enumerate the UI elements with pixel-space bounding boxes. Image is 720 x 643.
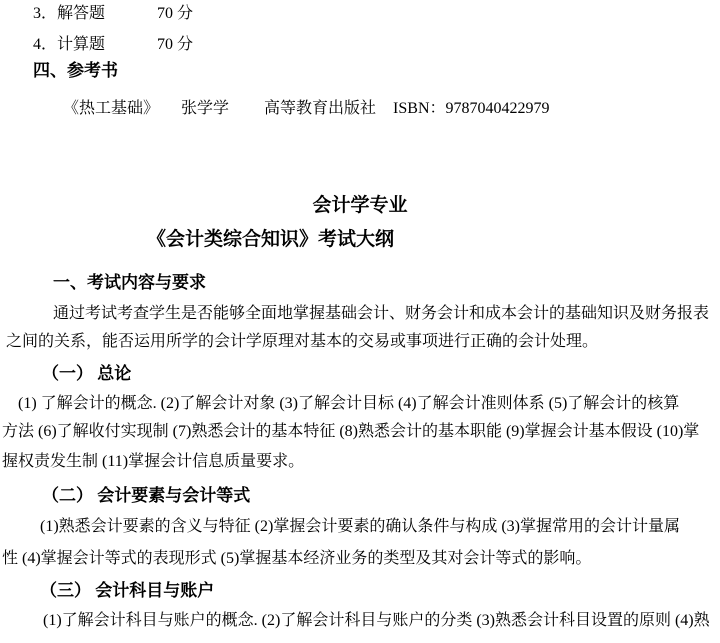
reference-entry: 《热工基础》 张学学 高等教育出版社 ISBN：9787040422979 xyxy=(63,99,550,118)
requirement-line: (1)了解会计科目与账户的概念. (2)了解会计科目与账户的分类 (3)熟悉会计… xyxy=(43,611,710,630)
section-heading-exam-content: 一、考试内容与要求 xyxy=(53,273,206,292)
requirement-line: 方法 (6)了解收付实现制 (7)熟悉会计的基本特征 (8)熟悉会计的基本职能 … xyxy=(2,422,699,441)
book-isbn: ISBN：9787040422979 xyxy=(393,99,549,118)
subsection-heading: （二） 会计要素与会计等式 xyxy=(42,486,250,505)
requirement-line: (1)熟悉会计要素的含义与特征 (2)掌握会计要素的确认条件与构成 (3)掌握常… xyxy=(40,517,680,536)
subsection-heading: （一） 总论 xyxy=(42,364,131,383)
document-page: 3．解答题 70 分 4．计算题 70 分 四、参考书 《热工基础》 张学学 高… xyxy=(0,0,720,643)
score-item-row: 4．计算题 70 分 xyxy=(33,35,193,54)
score-item-value: 70 分 xyxy=(157,4,193,23)
score-item-label: 4．计算题 xyxy=(33,35,157,54)
requirement-line: (1) 了解会计的概念. (2)了解会计对象 (3)了解会计目标 (4)了解会计… xyxy=(18,394,679,413)
score-item-value: 70 分 xyxy=(157,35,193,54)
requirement-line: 性 (4)掌握会计等式的表现形式 (5)掌握基本经济业务的类型及其对会计等式的影… xyxy=(2,549,591,568)
intro-paragraph-line: 之间的关系，能否运用所学的会计学原理对基本的交易或事项进行正确的会计处理。 xyxy=(6,332,598,351)
subsection-heading: （三） 会计科目与账户 xyxy=(40,581,214,600)
requirement-line: 握权责发生制 (11)掌握会计信息质量要求。 xyxy=(2,452,304,471)
book-title: 《热工基础》 xyxy=(63,99,159,118)
score-item-label: 3．解答题 xyxy=(33,4,157,23)
references-heading: 四、参考书 xyxy=(33,61,118,80)
major-title: 会计学专业 xyxy=(0,196,720,215)
exam-outline-title: 《会计类综合知识》考试大纲 xyxy=(147,230,394,249)
score-item-row: 3．解答题 70 分 xyxy=(33,4,193,23)
book-publisher: 高等教育出版社 xyxy=(264,99,376,118)
intro-paragraph-line: 通过考试考查学生是否能够全面地掌握基础会计、财务会计和成本会计的基础知识及财务报… xyxy=(53,304,709,323)
book-author: 张学学 xyxy=(181,99,229,118)
